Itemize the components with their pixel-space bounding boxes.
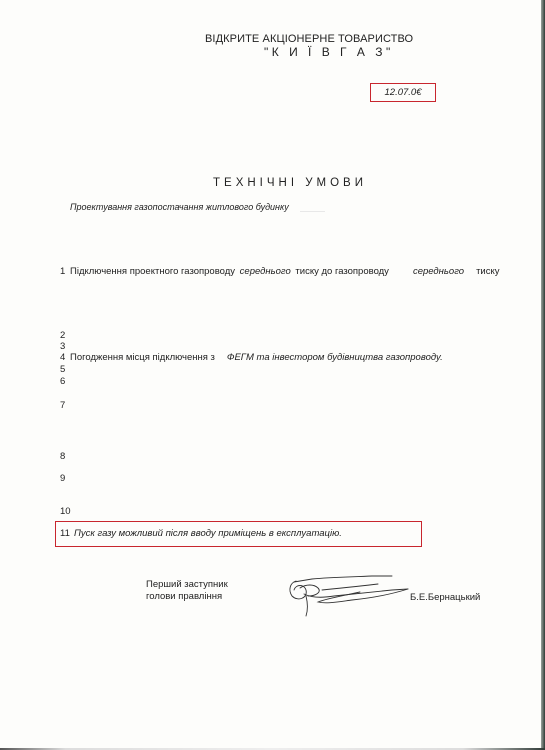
item-1-pressure: середнього [240,266,291,277]
item-1-part: Підключення проектного газопроводу [70,266,238,277]
item-number: 9 [60,473,65,484]
item-4-part: ФЕГМ та інвестором будівництва газопрово… [227,352,443,363]
document-date: 12.07.0€ [385,87,422,98]
item-number: 2 [60,330,65,341]
item-1-part: тиску [476,266,499,277]
item-number: 11 [60,528,70,539]
item-1-text: Підключення проектного газопроводу серед… [70,266,499,277]
item-4-part: Погодження місця підключення з [70,352,215,363]
handwritten-signature [282,570,412,618]
item-number: 6 [60,376,65,387]
item-11-text: Пуск газу можливий після вводу приміщень… [74,528,342,539]
scanned-document-page: ВІДКРИТЕ АКЦІОНЕРНЕ ТОВАРИСТВО "К И Ї В … [0,0,545,750]
item-number: 8 [60,451,65,462]
item-number: 7 [60,400,65,411]
signer-position-line1: Перший заступник [146,579,228,590]
item-1-pressure: середнього [413,266,464,277]
subtitle-underline [300,211,325,212]
company-name: "К И Ї В Г А З" [264,45,394,59]
item-1-part: тиску до газопроводу [293,266,389,277]
scan-border-right [541,0,545,750]
document-title: ТЕХНІЧНІ УМОВИ [213,177,367,189]
item-number: 3 [60,341,65,352]
item-number: 5 [60,364,65,375]
date-highlight-box: 12.07.0€ [370,83,436,102]
document-subtitle: Проектування газопостачання житлового бу… [70,202,289,212]
signer-position-line2: голови правління [146,591,222,602]
item-number: 10 [60,506,71,517]
item-number: 1 [60,266,65,277]
item-4-text: Погодження місця підключення зФЕГМ та ін… [70,352,443,363]
company-type: ВІДКРИТЕ АКЦІОНЕРНЕ ТОВАРИСТВО [205,33,413,45]
signer-name: Б.Е.Бернацький [410,592,480,603]
item-number: 4 [60,352,65,363]
